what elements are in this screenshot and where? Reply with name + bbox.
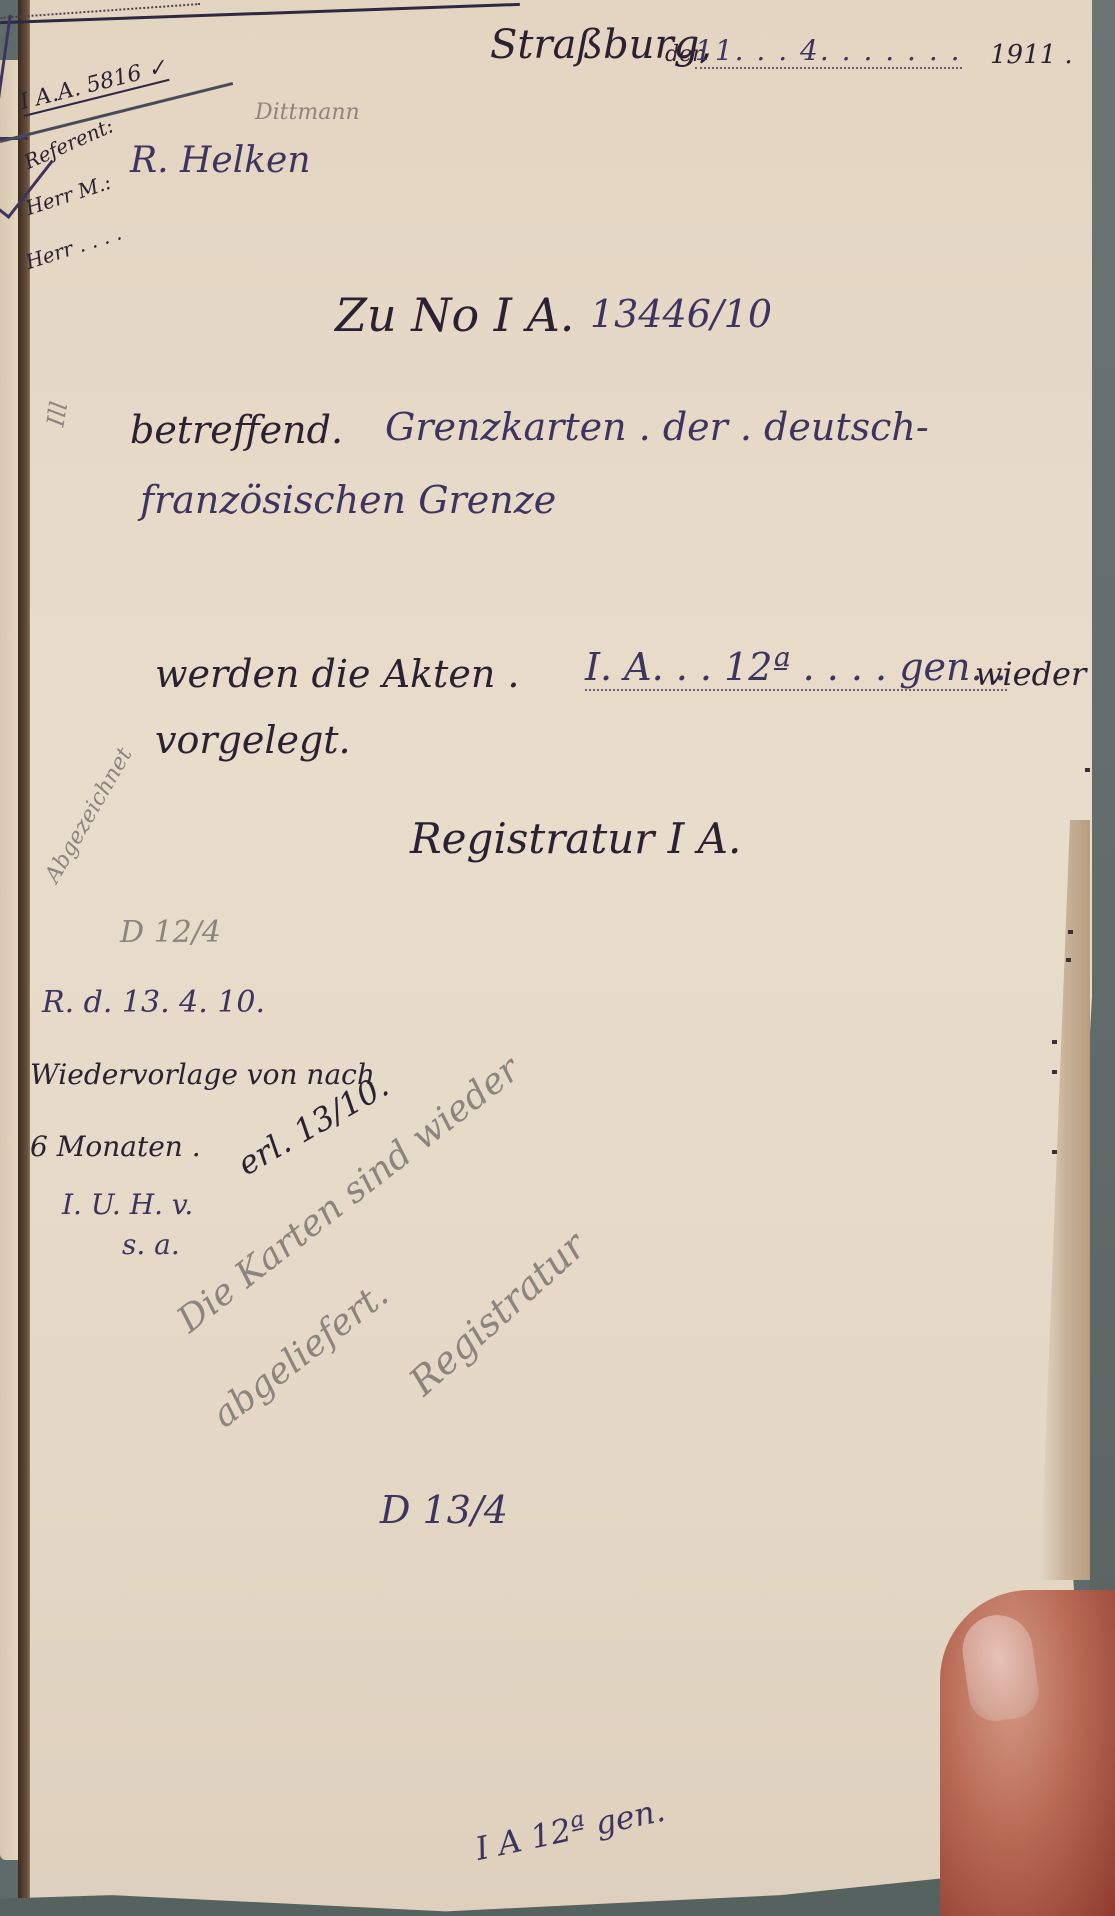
betreffend-value-line2: französischen Grenze xyxy=(140,478,556,522)
subject-number: 13446/10 xyxy=(590,292,772,336)
referent-name: R. Helken xyxy=(130,140,311,181)
registratur-signature: Registratur I A. xyxy=(410,814,741,863)
body-werden: werden die Akten . xyxy=(155,652,519,696)
body-vorgelegt: vorgelegt. xyxy=(155,718,351,762)
subject-prefix: Zu No I A. xyxy=(335,288,574,342)
edge-mark xyxy=(1052,1040,1057,1044)
initial-date-13-4: D 13/4 xyxy=(380,1488,508,1532)
pencil-margin-mark: Ill xyxy=(41,399,73,428)
edge-mark xyxy=(1085,768,1090,772)
received-date: R. d. 13. 4. 10. xyxy=(42,985,265,1020)
photo-scene: Straßburg, den 11. . . 4. . . . . . . 19… xyxy=(0,0,1115,1916)
six-months-note: 6 Monaten . xyxy=(30,1130,201,1163)
sa-note: s. a. xyxy=(122,1228,180,1261)
edge-mark xyxy=(1052,1070,1057,1074)
edge-mark xyxy=(1066,958,1071,962)
header-date: 11. . . 4. . . . . . . xyxy=(695,34,962,69)
iuh-note: I. U. H. v. xyxy=(62,1188,193,1221)
wiedervorlage-note: Wiedervorlage von nach xyxy=(30,1058,375,1091)
body-wieder: wieder xyxy=(975,655,1086,693)
pencil-initial-date: D 12/4 xyxy=(120,915,221,950)
edge-mark xyxy=(1052,1150,1057,1154)
akten-reference: I. A. . . 12ª . . . . gen. . xyxy=(585,645,1007,691)
betreffend-label: betreffend. xyxy=(130,408,343,452)
edge-mark xyxy=(1068,930,1073,934)
pencil-annotation: Dittmann xyxy=(255,100,360,125)
header-year: 1911 . xyxy=(990,40,1073,70)
betreffend-value-line1: Grenzkarten . der . deutsch- xyxy=(385,405,929,449)
